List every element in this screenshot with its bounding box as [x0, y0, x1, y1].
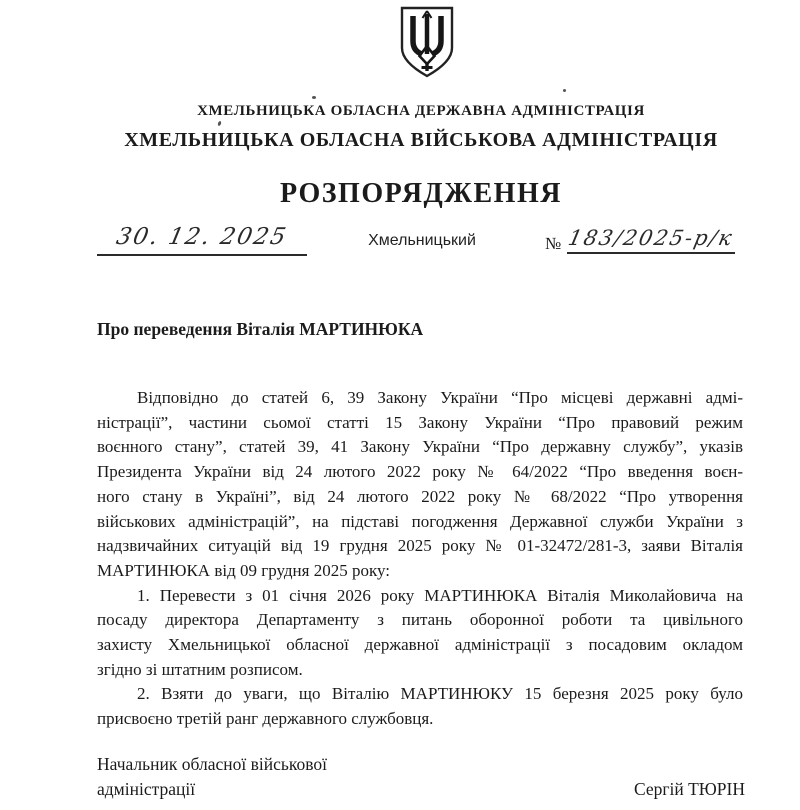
body-line: воєнного стану”, статей 39, 41 Закону Ук…	[97, 435, 743, 460]
body-line: захисту Хмельницької обласної державної …	[97, 633, 743, 658]
document-title: РОЗПОРЯДЖЕННЯ	[42, 178, 800, 210]
body-line: МАРТИНЮКА від 09 грудня 2025 року:	[97, 559, 743, 584]
signer-name: Сергій ТЮРІН	[634, 777, 745, 802]
scan-speck	[217, 121, 222, 127]
scan-speck	[563, 89, 566, 92]
scan-speck	[312, 96, 316, 99]
city-label: Хмельницький	[312, 232, 532, 250]
body-line: ністрації”, частини сьомої статті 15 Зак…	[97, 411, 743, 436]
scanned-document-page: ХМЕЛЬНИЦЬКА ОБЛАСНА ДЕРЖАВНА АДМІНІСТРАЦ…	[0, 0, 800, 810]
body-line: посаду директора Департаменту з питань о…	[97, 608, 743, 633]
body-line: 2. Взяти до уваги, що Віталію МАРТИНЮКУ …	[97, 682, 743, 707]
signature-block: Начальник обласної військової адміністра…	[97, 752, 745, 804]
body-line: Президента України від 24 лютого 2022 ро…	[97, 460, 743, 485]
ukraine-trident-emblem-icon	[396, 6, 458, 80]
body-line: згідно зі штатним розписом.	[97, 658, 743, 683]
dateline: 30. 12. 2025 Хмельницький №183/2025-р/к	[97, 222, 745, 260]
number-sign: №	[545, 234, 561, 253]
body-line: надзвичайних ситуацій від 19 грудня 2025…	[97, 534, 743, 559]
document-body: Відповідно до статей 6, 39 Закону Україн…	[97, 386, 743, 732]
handwritten-date: 30. 12. 2025	[114, 222, 290, 250]
org-name-military-administration: ХМЕЛЬНИЦЬКА ОБЛАСНА ВІЙСЬКОВА АДМІНІСТРА…	[42, 129, 800, 152]
number-underline: 183/2025-р/к	[567, 222, 735, 254]
document-number-field: №183/2025-р/к	[545, 222, 745, 254]
body-line: присвоєно третій ранг державного службов…	[97, 707, 743, 732]
date-field: 30. 12. 2025	[97, 222, 307, 256]
body-line: ного стану в Україні”, від 24 лютого 202…	[97, 485, 743, 510]
signer-position-line1: Начальник обласної військової	[97, 752, 745, 777]
body-line: військових адміністрацій”, на підставі п…	[97, 510, 743, 535]
document-subject: Про переведення Віталія МАРТИНЮКА	[97, 319, 423, 340]
body-line: 1. Перевести з 01 січня 2026 року МАРТИН…	[97, 584, 743, 609]
org-name-state-administration: ХМЕЛЬНИЦЬКА ОБЛАСНА ДЕРЖАВНА АДМІНІСТРАЦ…	[42, 103, 800, 120]
handwritten-number: 183/2025-р/к	[566, 222, 737, 250]
body-line: Відповідно до статей 6, 39 Закону Україн…	[97, 386, 743, 411]
